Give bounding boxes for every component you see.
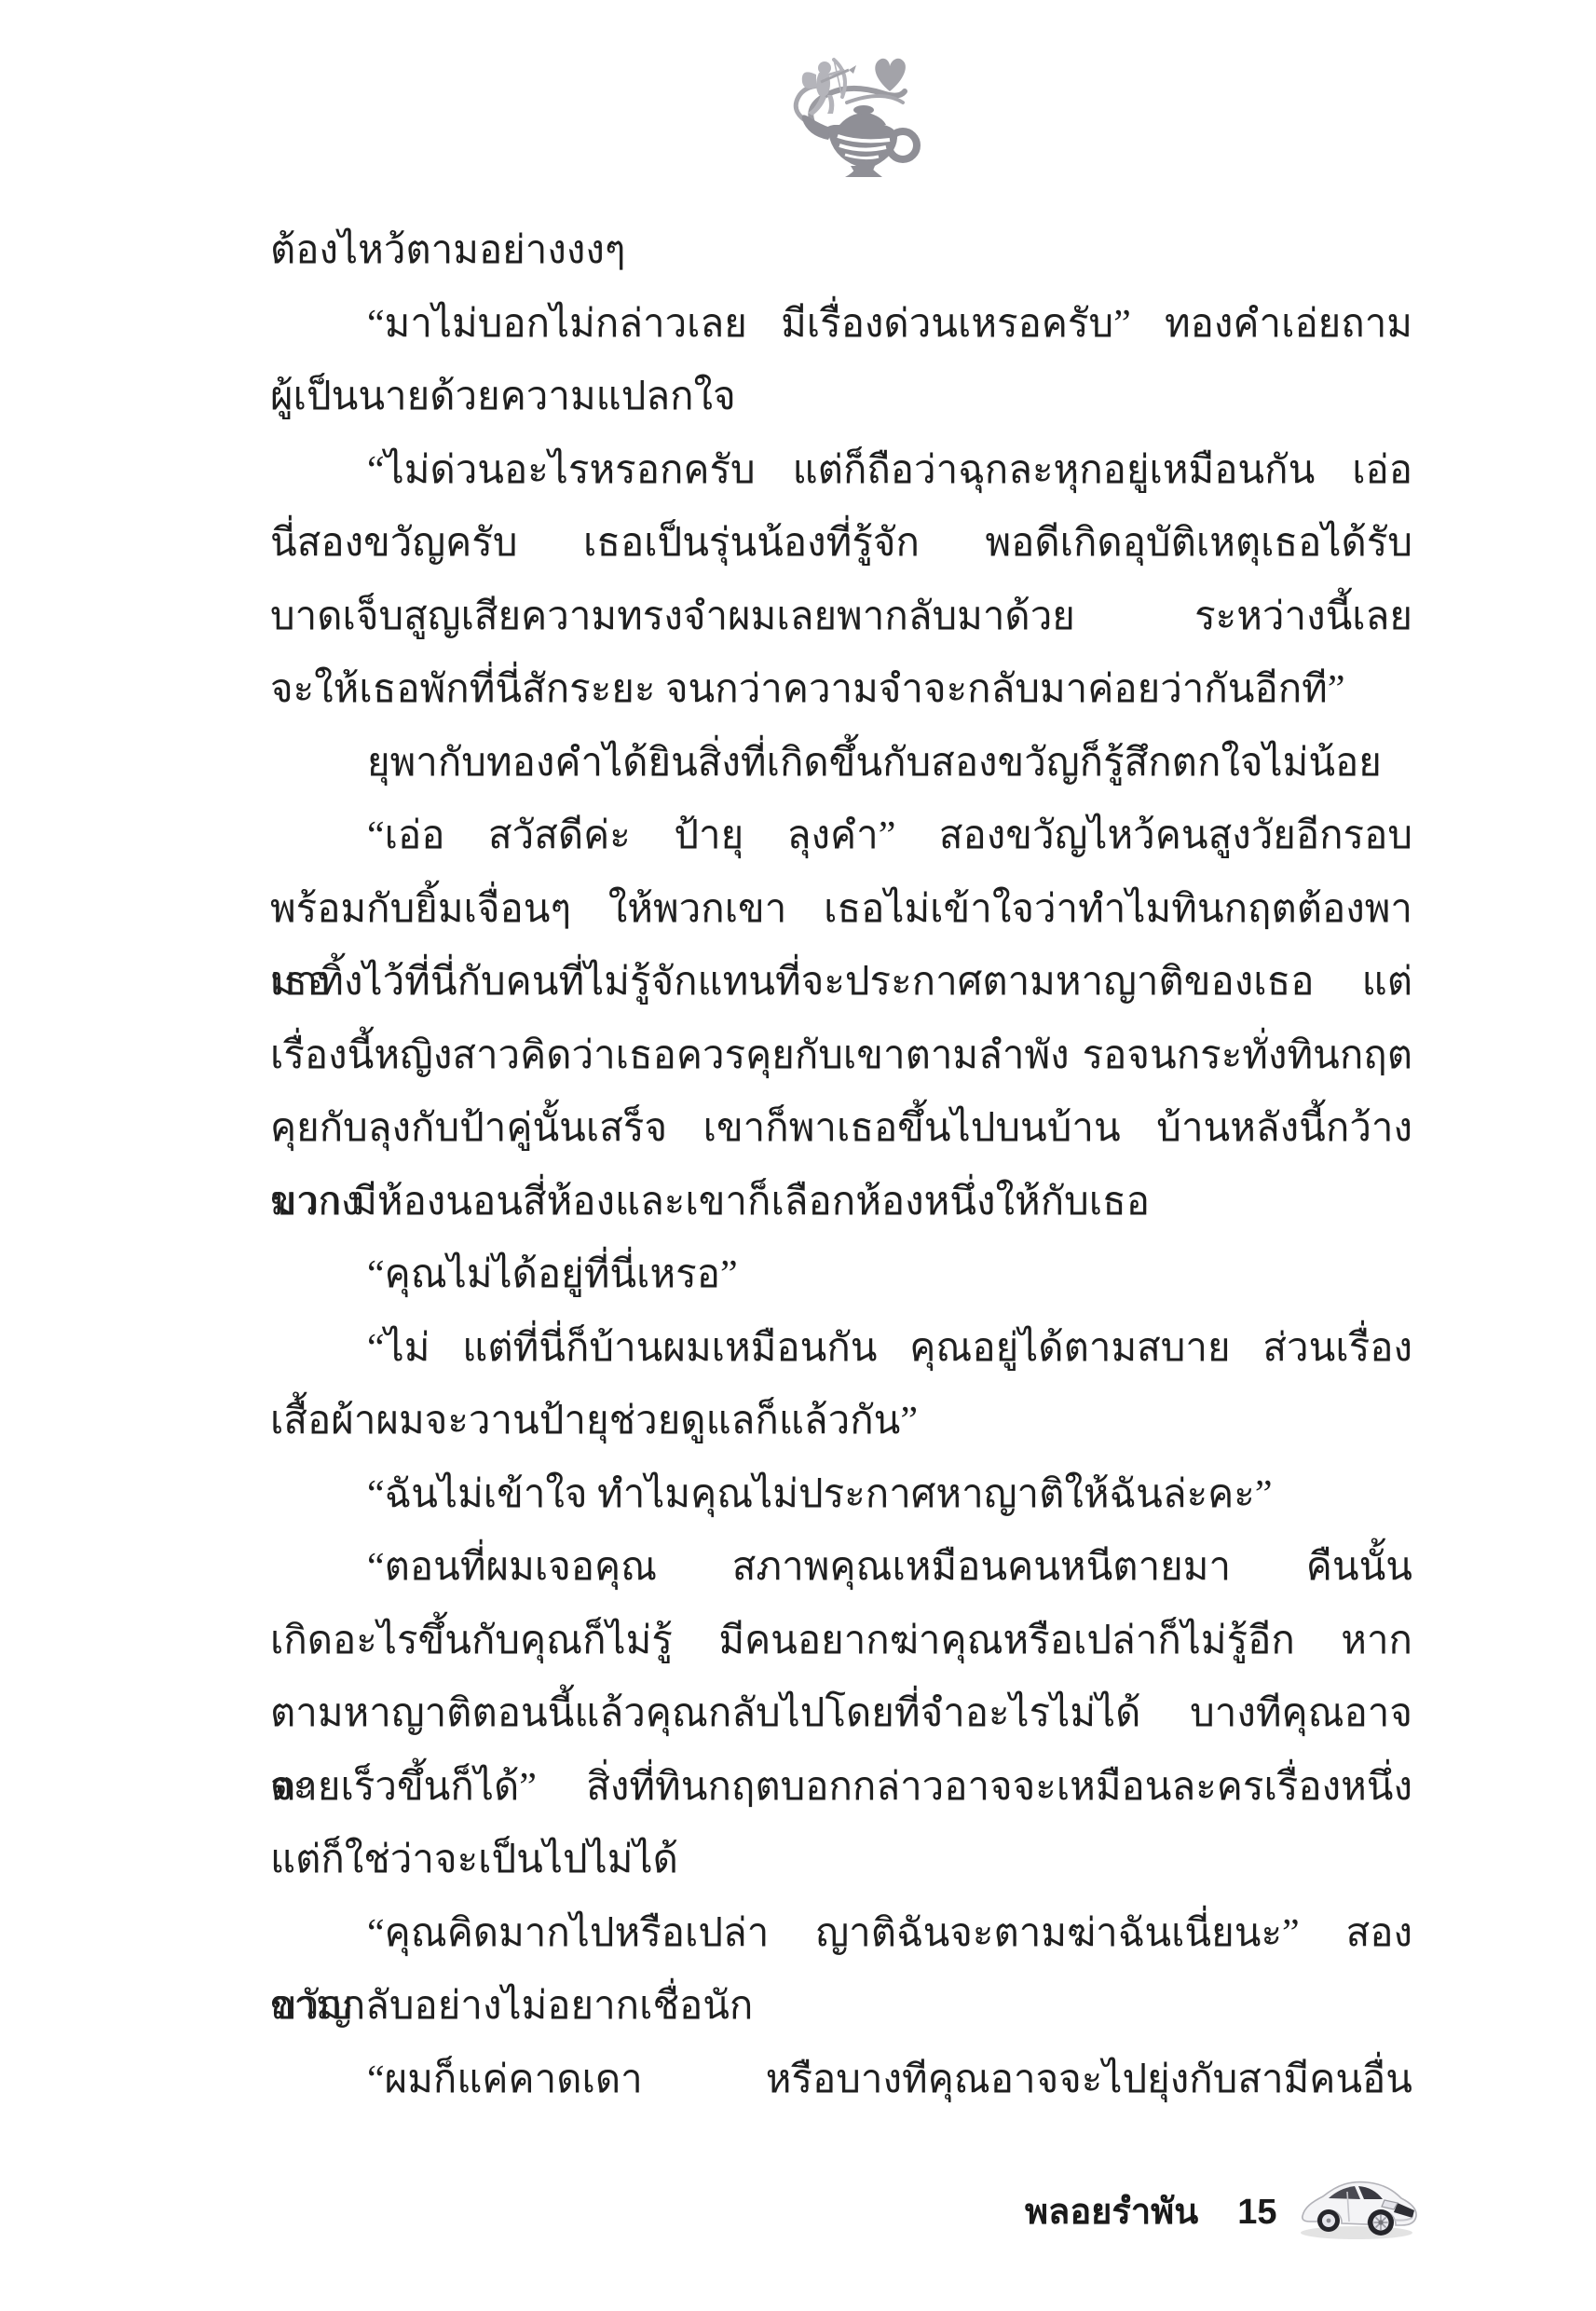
page-footer: พลอยรำพัน15	[1025, 2182, 1276, 2238]
text-line: “ผมก็แค่คาดเดา หรือบางทีคุณอาจจะไปยุ่งกั…	[270, 2044, 1412, 2117]
text-line: “ตอนที่ผมเจอคุณ สภาพคุณเหมือนคนหนีตายมา …	[270, 1531, 1412, 1605]
book-page: ต้องไหว้ตามอย่างงงๆ “มาไม่บอกไม่กล่าวเลย…	[0, 0, 1596, 2311]
text-line: พร้อมกับยิ้มเจื่อนๆ ให้พวกเขา เธอไม่เข้า…	[270, 873, 1412, 947]
text-line: ต้องไหว้ตามอย่างงงๆ	[270, 214, 1412, 288]
text-line: ตามหาญาติตอนนี้แล้วคุณกลับไปโดยที่จำอะไร…	[270, 1677, 1412, 1751]
text-line: มาก มีห้องนอนสี่ห้องและเขาก็เลือกห้องหนึ…	[270, 1166, 1412, 1239]
text-line: “คุณคิดมากไปหรือเปล่า ญาติฉันจะตามฆ่าฉัน…	[270, 1897, 1412, 1971]
white-sedan-car-icon	[1295, 2167, 1422, 2246]
text-line: เกิดอะไรขึ้นกับคุณก็ไม่รู้ มีคนอยากฆ่าคุ…	[270, 1605, 1412, 1678]
text-line: “ไม่ แต่ที่นี่ก็บ้านผมเหมือนกัน คุณอยู่ไ…	[270, 1312, 1412, 1386]
text-line: “ฉันไม่เข้าใจ ทำไมคุณไม่ประกาศหาญาติให้ฉ…	[270, 1458, 1412, 1532]
text-line: นี่สองขวัญครับ เธอเป็นรุ่นน้องที่รู้จัก …	[270, 507, 1412, 581]
text-line: จะให้เธอพักที่นี่สักระยะ จนกว่าความจำจะก…	[270, 653, 1412, 727]
text-line: ยุพากับทองคำได้ยินสิ่งที่เกิดขึ้นกับสองข…	[270, 727, 1412, 800]
text-line: บาดเจ็บสูญเสียความทรงจำผมเลยพากลับมาด้วย…	[270, 581, 1412, 654]
text-line: “มาไม่บอกไม่กล่าวเลย มีเรื่องด่วนเหรอครั…	[270, 288, 1412, 362]
page-body-text: ต้องไหว้ตามอย่างงงๆ “มาไม่บอกไม่กล่าวเลย…	[270, 214, 1412, 2116]
text-line: “ไม่ด่วนอะไรหรอกครับ แต่ก็ถือว่าฉุกละหุก…	[270, 434, 1412, 508]
cupid-lamp-heart-ornament-icon	[785, 54, 925, 183]
text-line: ผู้เป็นนายด้วยความแปลกใจ	[270, 361, 1412, 434]
text-line: คุยกับลุงกับป้าคู่นั้นเสร็จ เขาก็พาเธอขึ…	[270, 1092, 1412, 1166]
text-line: “เอ่อ สวัสดีค่ะ ป้ายุ ลุงคำ” สองขวัญไหว้…	[270, 800, 1412, 873]
text-line: มาทิ้งไว้ที่นี่กับคนที่ไม่รู้จักแทนที่จะ…	[270, 946, 1412, 1019]
text-line: เสื้อผ้าผมจะวานป้ายุช่วยดูแลก็แล้วกัน”	[270, 1385, 1412, 1458]
text-line: แต่ก็ใช่ว่าจะเป็นไปไม่ได้	[270, 1824, 1412, 1897]
text-line: “คุณไม่ได้อยู่ที่นี่เหรอ”	[270, 1238, 1412, 1312]
book-title: พลอยรำพัน	[1025, 2193, 1198, 2232]
page-number: 15	[1237, 2193, 1276, 2233]
text-line: เรื่องนี้หญิงสาวคิดว่าเธอควรคุยกับเขาตาม…	[270, 1019, 1412, 1093]
text-line: ถามกลับอย่างไม่อยากเชื่อนัก	[270, 1970, 1412, 2044]
text-line: ตายเร็วขึ้นก็ได้” สิ่งที่ทินกฤตบอกกล่าวอ…	[270, 1751, 1412, 1825]
